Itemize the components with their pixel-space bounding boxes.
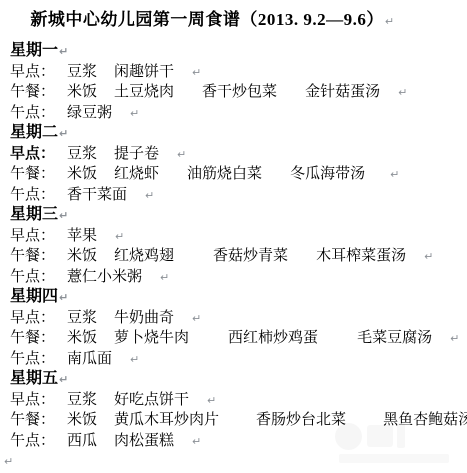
tuesday-lunch-line: 午餐：米饭红烧虾油筋烧白菜冬瓜海带汤↵ (10, 164, 463, 185)
menu-item: 提子卷 (114, 146, 159, 162)
meal-label: 早点： (10, 64, 55, 80)
menu-item: 豆浆 (67, 64, 97, 80)
paragraph-mark-icon: ↵ (207, 394, 216, 407)
menu-item: 米饭 (67, 84, 97, 100)
menu-item: 闲趣饼干 (114, 64, 174, 80)
menu-item: 西红柿炒鸡蛋 (228, 330, 318, 346)
menu-item: 红烧虾 (114, 166, 159, 182)
friday-snack-line: 午点：西瓜肉松蛋糕↵ (10, 431, 463, 452)
menu-item: 黑鱼杏鲍菇汤 (383, 412, 467, 428)
menu-item: 牛奶曲奇 (114, 310, 174, 326)
monday-breakfast-line: 早点：豆浆闲趣饼干↵ (10, 62, 463, 83)
menu-item: 香干菜面 (67, 187, 127, 203)
menu-item: 红烧鸡翅 (114, 248, 174, 264)
menu-item: 豆浆 (67, 310, 97, 326)
menu-item: 绿豆粥 (67, 105, 112, 121)
menu-item: 苹果 (67, 228, 97, 244)
menu-item: 香肠炒台北菜 (256, 412, 346, 428)
document-title: 新城中心幼儿园第一周食谱（2013. 9.2—9.6）↵ (10, 7, 463, 34)
menu-item: 金针菇蛋汤 (305, 84, 380, 100)
friday-breakfast-line: 早点：豆浆好吃点饼干↵ (10, 390, 463, 411)
paragraph-mark-icon: ↵ (192, 312, 201, 325)
meal-label: 早点： (10, 310, 55, 326)
menu-document: 新城中心幼儿园第一周食谱（2013. 9.2—9.6）↵ 星期一↵ 早点：豆浆闲… (0, 0, 467, 472)
menu-item: 毛菜豆腐汤 (357, 330, 432, 346)
day-header-thursday: 星期四↵ (10, 287, 463, 308)
meal-label: 午点： (10, 187, 55, 203)
menu-item: 米饭 (67, 330, 97, 346)
wednesday-breakfast-line: 早点：苹果↵ (10, 226, 463, 247)
paragraph-mark-icon: ↵ (177, 148, 186, 161)
menu-item: 豆浆 (67, 146, 97, 162)
meal-label: 午餐： (10, 412, 55, 428)
menu-item: 黄瓜木耳炒肉片 (114, 412, 219, 428)
menu-item: 米饭 (67, 412, 97, 428)
meal-label: 早点： (10, 228, 55, 244)
paragraph-mark-icon: ↵ (59, 127, 68, 140)
meal-label: 午餐： (10, 166, 55, 182)
monday-snack-line: 午点：绿豆粥↵ (10, 103, 463, 124)
menu-item: 米饭 (67, 166, 97, 182)
meal-label: 午点： (10, 269, 55, 285)
menu-item: 好吃点饼干 (114, 392, 189, 408)
paragraph-mark-icon: ↵ (385, 15, 395, 28)
paragraph-mark-icon: ↵ (4, 455, 13, 468)
day-name-label: 星期五 (10, 370, 58, 387)
meal-label: 午餐： (10, 330, 55, 346)
friday-lunch-line: 午餐：米饭黄瓜木耳炒肉片香肠炒台北菜黑鱼杏鲍菇汤↵ (10, 410, 463, 431)
paragraph-mark-icon: ↵ (192, 66, 201, 79)
paragraph-mark-icon: ↵ (192, 435, 201, 448)
thursday-snack-line: 午点：南瓜面↵ (10, 349, 463, 370)
menu-item: 西瓜 (67, 433, 97, 449)
day-header-tuesday: 星期二↵ (10, 123, 463, 144)
menu-item: 香干炒包菜 (202, 84, 277, 100)
meal-label: 午餐： (10, 248, 55, 264)
day-header-monday: 星期一↵ (10, 41, 463, 62)
day-name-label: 星期三 (10, 206, 58, 223)
paragraph-mark-icon: ↵ (59, 373, 68, 386)
meal-label: 早点： (10, 146, 55, 162)
paragraph-mark-icon: ↵ (145, 189, 154, 202)
meal-label: 午点： (10, 433, 55, 449)
wednesday-snack-line: 午点：薏仁小米粥↵ (10, 267, 463, 288)
paragraph-mark-icon: ↵ (390, 168, 399, 181)
paragraph-mark-icon: ↵ (130, 353, 139, 366)
menu-item: 香菇炒青菜 (213, 248, 288, 264)
day-header-friday: 星期五↵ (10, 369, 463, 390)
meal-label: 早点： (10, 392, 55, 408)
day-header-wednesday: 星期三↵ (10, 205, 463, 226)
trailing-paragraph: ↵ (3, 451, 463, 472)
day-name-label: 星期四 (10, 288, 58, 305)
thursday-breakfast-line: 早点：豆浆牛奶曲奇↵ (10, 308, 463, 329)
monday-lunch-line: 午餐：米饭土豆烧肉香干炒包菜金针菇蛋汤↵ (10, 82, 463, 103)
paragraph-mark-icon: ↵ (130, 107, 139, 120)
paragraph-mark-icon: ↵ (450, 332, 459, 345)
tuesday-breakfast-line: 早点：豆浆提子卷↵ (10, 144, 463, 165)
menu-item: 土豆烧肉 (114, 84, 174, 100)
menu-item: 冬瓜海带汤 (290, 166, 365, 182)
meal-label: 午餐： (10, 84, 55, 100)
menu-item: 豆浆 (67, 392, 97, 408)
paragraph-mark-icon: ↵ (59, 45, 68, 58)
menu-item: 米饭 (67, 248, 97, 264)
thursday-lunch-line: 午餐：米饭萝卜烧牛肉西红柿炒鸡蛋毛菜豆腐汤↵ (10, 328, 463, 349)
day-name-label: 星期二 (10, 124, 58, 141)
paragraph-mark-icon: ↵ (59, 209, 68, 222)
menu-item: 薏仁小米粥 (67, 269, 142, 285)
paragraph-mark-icon: ↵ (59, 291, 68, 304)
menu-item: 油筋烧白菜 (187, 166, 262, 182)
paragraph-mark-icon: ↵ (424, 250, 433, 263)
day-name-label: 星期一 (10, 42, 58, 59)
menu-item: 肉松蛋糕 (114, 433, 174, 449)
title-text: 新城中心幼儿园第一周食谱（2013. 9.2—9.6） (30, 10, 384, 29)
paragraph-mark-icon: ↵ (160, 271, 169, 284)
meal-label: 午点： (10, 351, 55, 367)
wednesday-lunch-line: 午餐：米饭红烧鸡翅香菇炒青菜木耳榨菜蛋汤↵ (10, 246, 463, 267)
menu-item: 萝卜烧牛肉 (114, 330, 189, 346)
meal-label: 午点： (10, 105, 55, 121)
paragraph-mark-icon: ↵ (115, 230, 124, 243)
menu-item: 南瓜面 (67, 351, 112, 367)
menu-item: 木耳榨菜蛋汤 (316, 248, 406, 264)
paragraph-mark-icon: ↵ (398, 86, 407, 99)
tuesday-snack-line: 午点：香干菜面↵ (10, 185, 463, 206)
